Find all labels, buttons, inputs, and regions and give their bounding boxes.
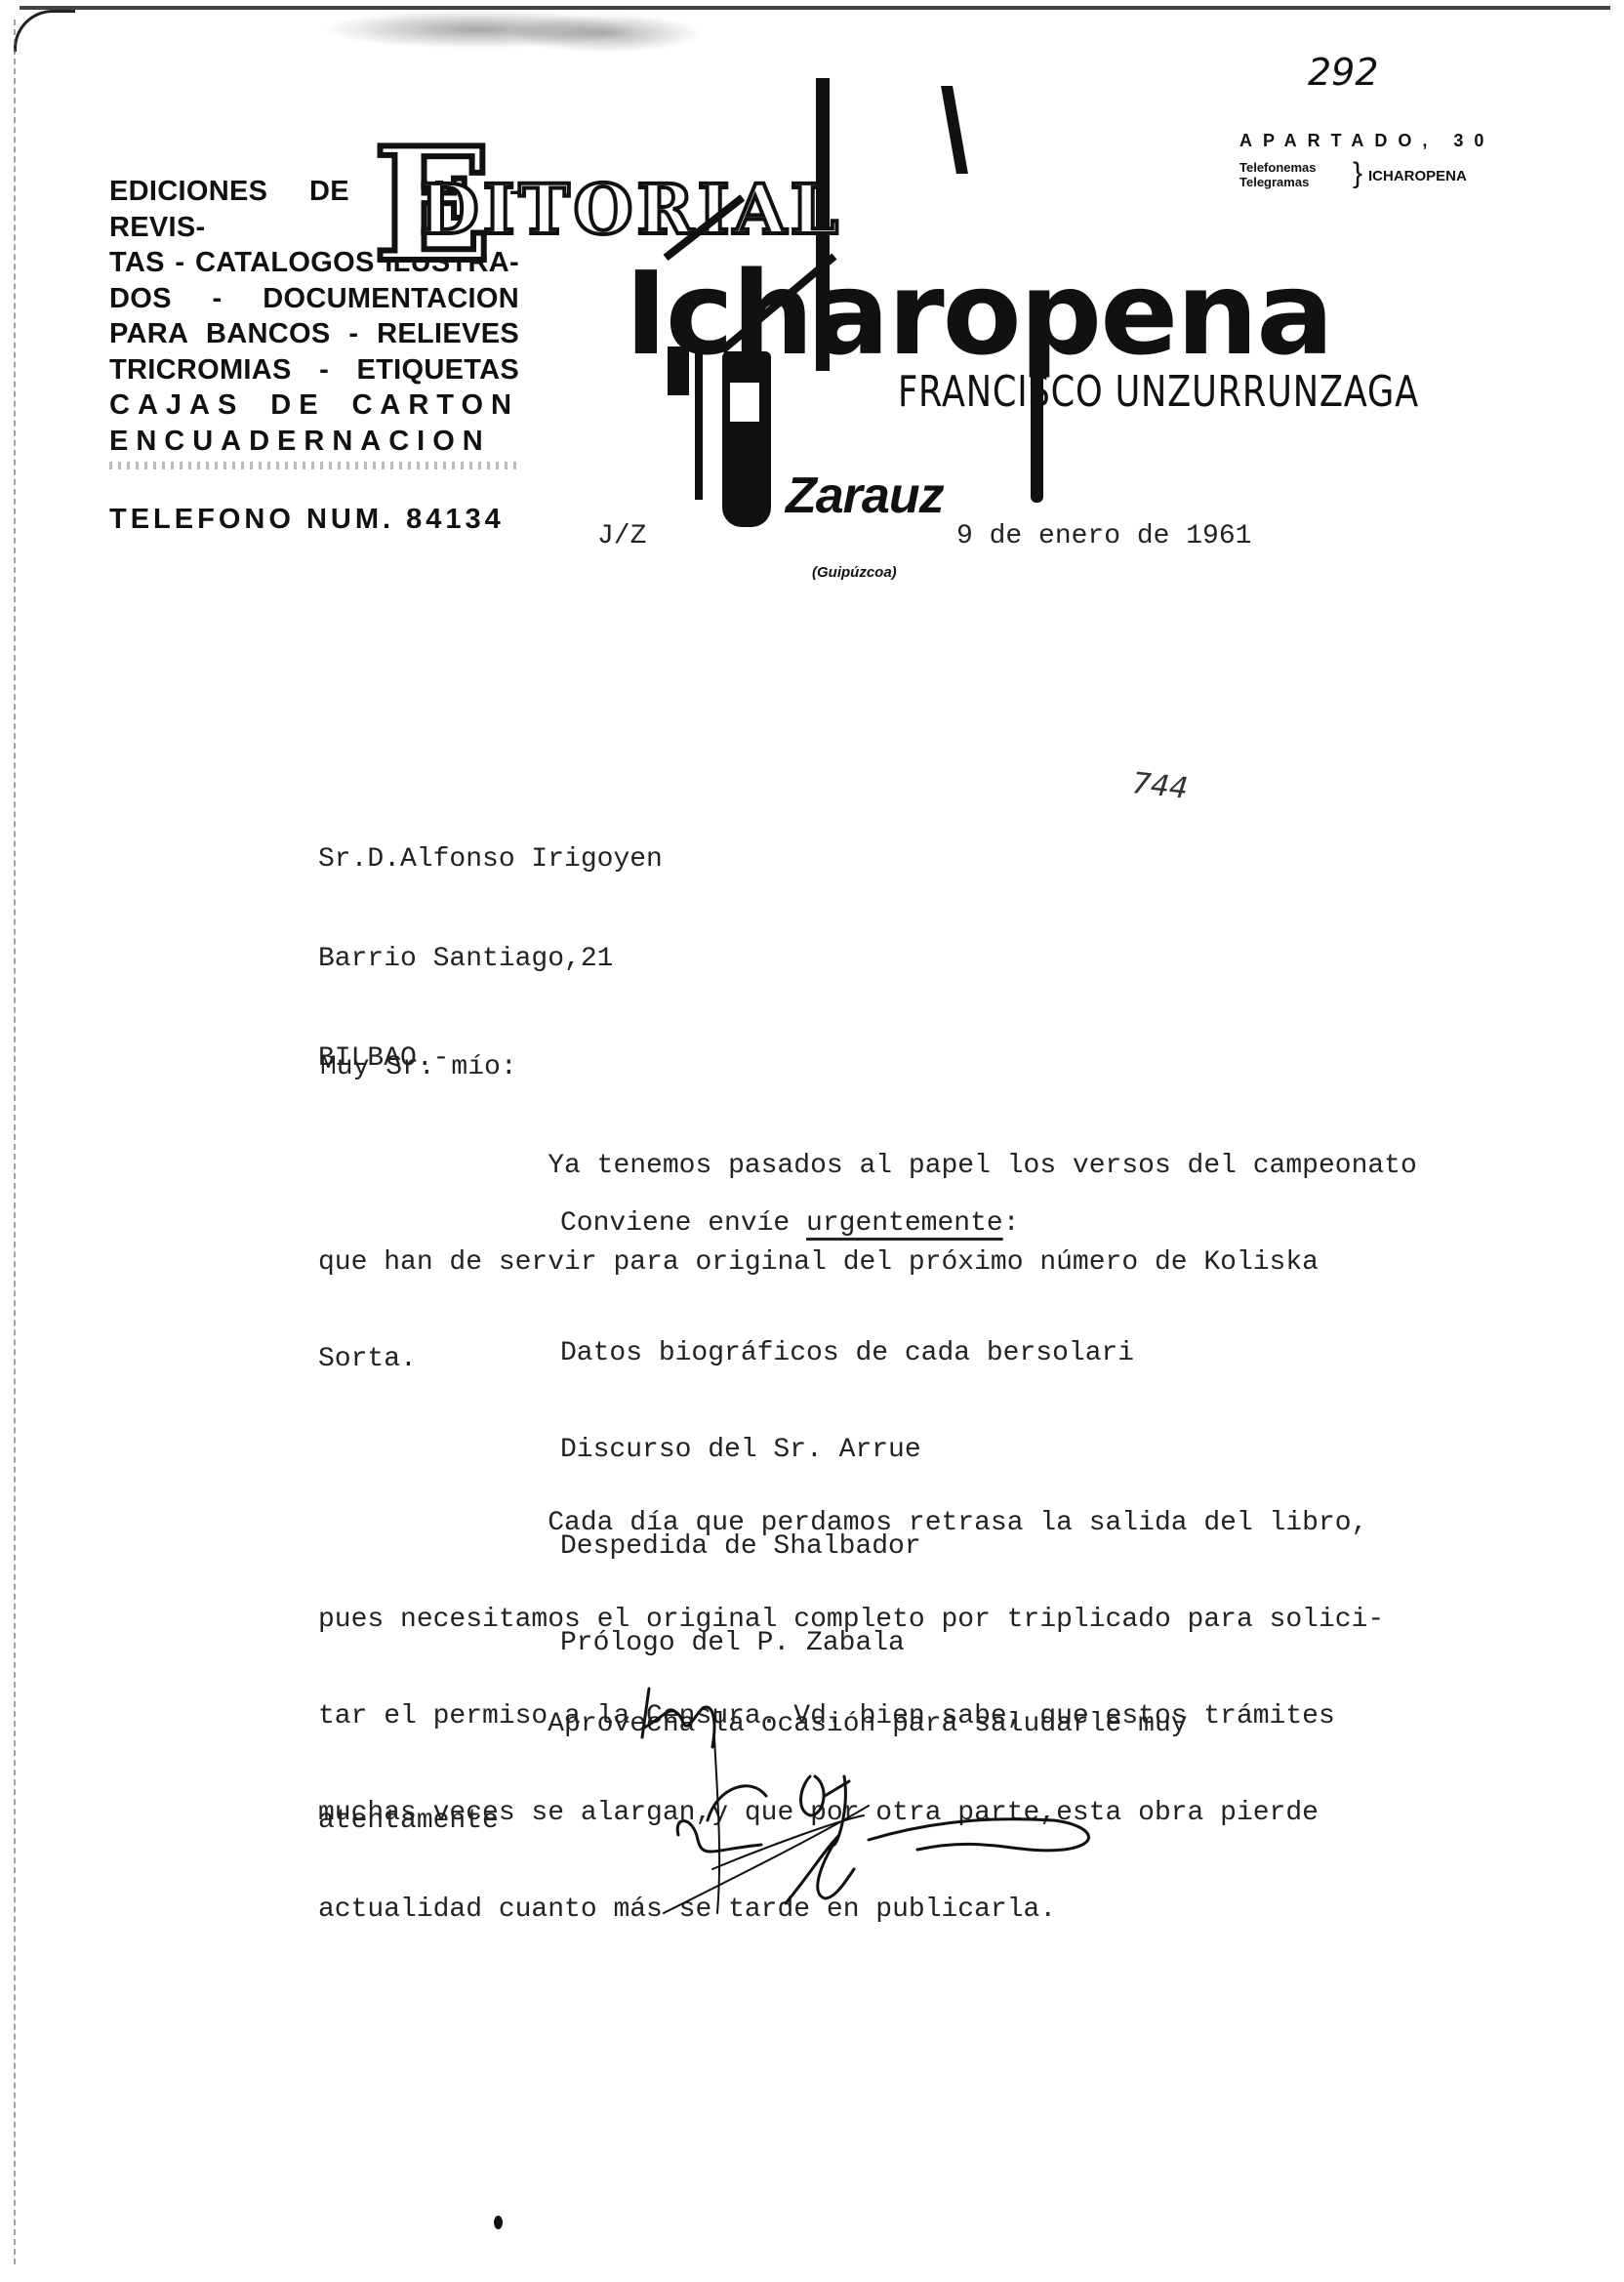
- telegramas-label: Telegramas: [1239, 175, 1317, 189]
- book-icon-label: [730, 383, 759, 422]
- archive-number: 292: [1308, 51, 1379, 94]
- phone-number: TELEFONO NUM. 84134: [109, 504, 505, 536]
- faded-line: [109, 462, 519, 469]
- salutation: Muy Sr. mío:: [320, 1052, 517, 1082]
- scan-left-edge: [14, 20, 16, 2264]
- logo-owner-name: FRANCISCO UNZURRUNZAGA: [898, 367, 1419, 417]
- page-corner-fold: [14, 10, 75, 52]
- scan-smudge: [507, 14, 703, 53]
- urgent-emphasis: urgentemente: [806, 1208, 1003, 1239]
- logo-bar: [941, 86, 968, 174]
- text-line: pues necesitamos el original completo po…: [318, 1604, 1384, 1636]
- request-intro: Conviene envíe: [560, 1208, 806, 1239]
- telegraph-labels: Telefonemas Telegramas: [1239, 160, 1317, 189]
- logo-province: (Guipúzcoa): [812, 564, 897, 581]
- text-line: Ya tenemos pasados al papel los versos d…: [318, 1150, 1417, 1182]
- list-item: Datos biográficos de cada bersolari: [560, 1337, 1134, 1369]
- colon: :: [1003, 1208, 1020, 1239]
- paragraph-2: Conviene envíe urgentemente:: [560, 1208, 1020, 1239]
- logo-word-editorial: DITORIAL: [420, 176, 842, 244]
- service-line: ENCUADERNACION: [109, 424, 519, 460]
- service-line: TRICROMIAS - ETIQUETAS: [109, 352, 519, 388]
- logo-bar: [1031, 371, 1043, 503]
- service-line: PARA BANCOS - RELIEVES: [109, 316, 519, 352]
- po-box: APARTADO, 30: [1239, 131, 1494, 151]
- reference-initials: J/Z: [597, 521, 646, 551]
- handwritten-mark: 744: [1130, 766, 1190, 806]
- recipient-street: Barrio Santiago,21: [318, 943, 663, 976]
- logo-town: Zarauz: [786, 467, 944, 525]
- letter-date: 9 de enero de 1961: [956, 521, 1251, 551]
- recipient-name: Sr.D.Alfonso Irigoyen: [318, 843, 663, 876]
- signature: [625, 1679, 1171, 1933]
- telefonemas-label: Telefonemas: [1239, 160, 1317, 175]
- logo-word-icharopena: Icharopena: [625, 256, 1332, 371]
- ink-dot: [494, 2216, 503, 2229]
- telegraph-name: ICHAROPENA: [1368, 168, 1467, 184]
- service-line: CAJAS DE CARTON: [109, 387, 519, 424]
- text-line: Cada día que perdamos retrasa la salida …: [318, 1507, 1384, 1539]
- brace-icon: }: [1353, 159, 1362, 188]
- scan-top-edge: [20, 6, 1610, 10]
